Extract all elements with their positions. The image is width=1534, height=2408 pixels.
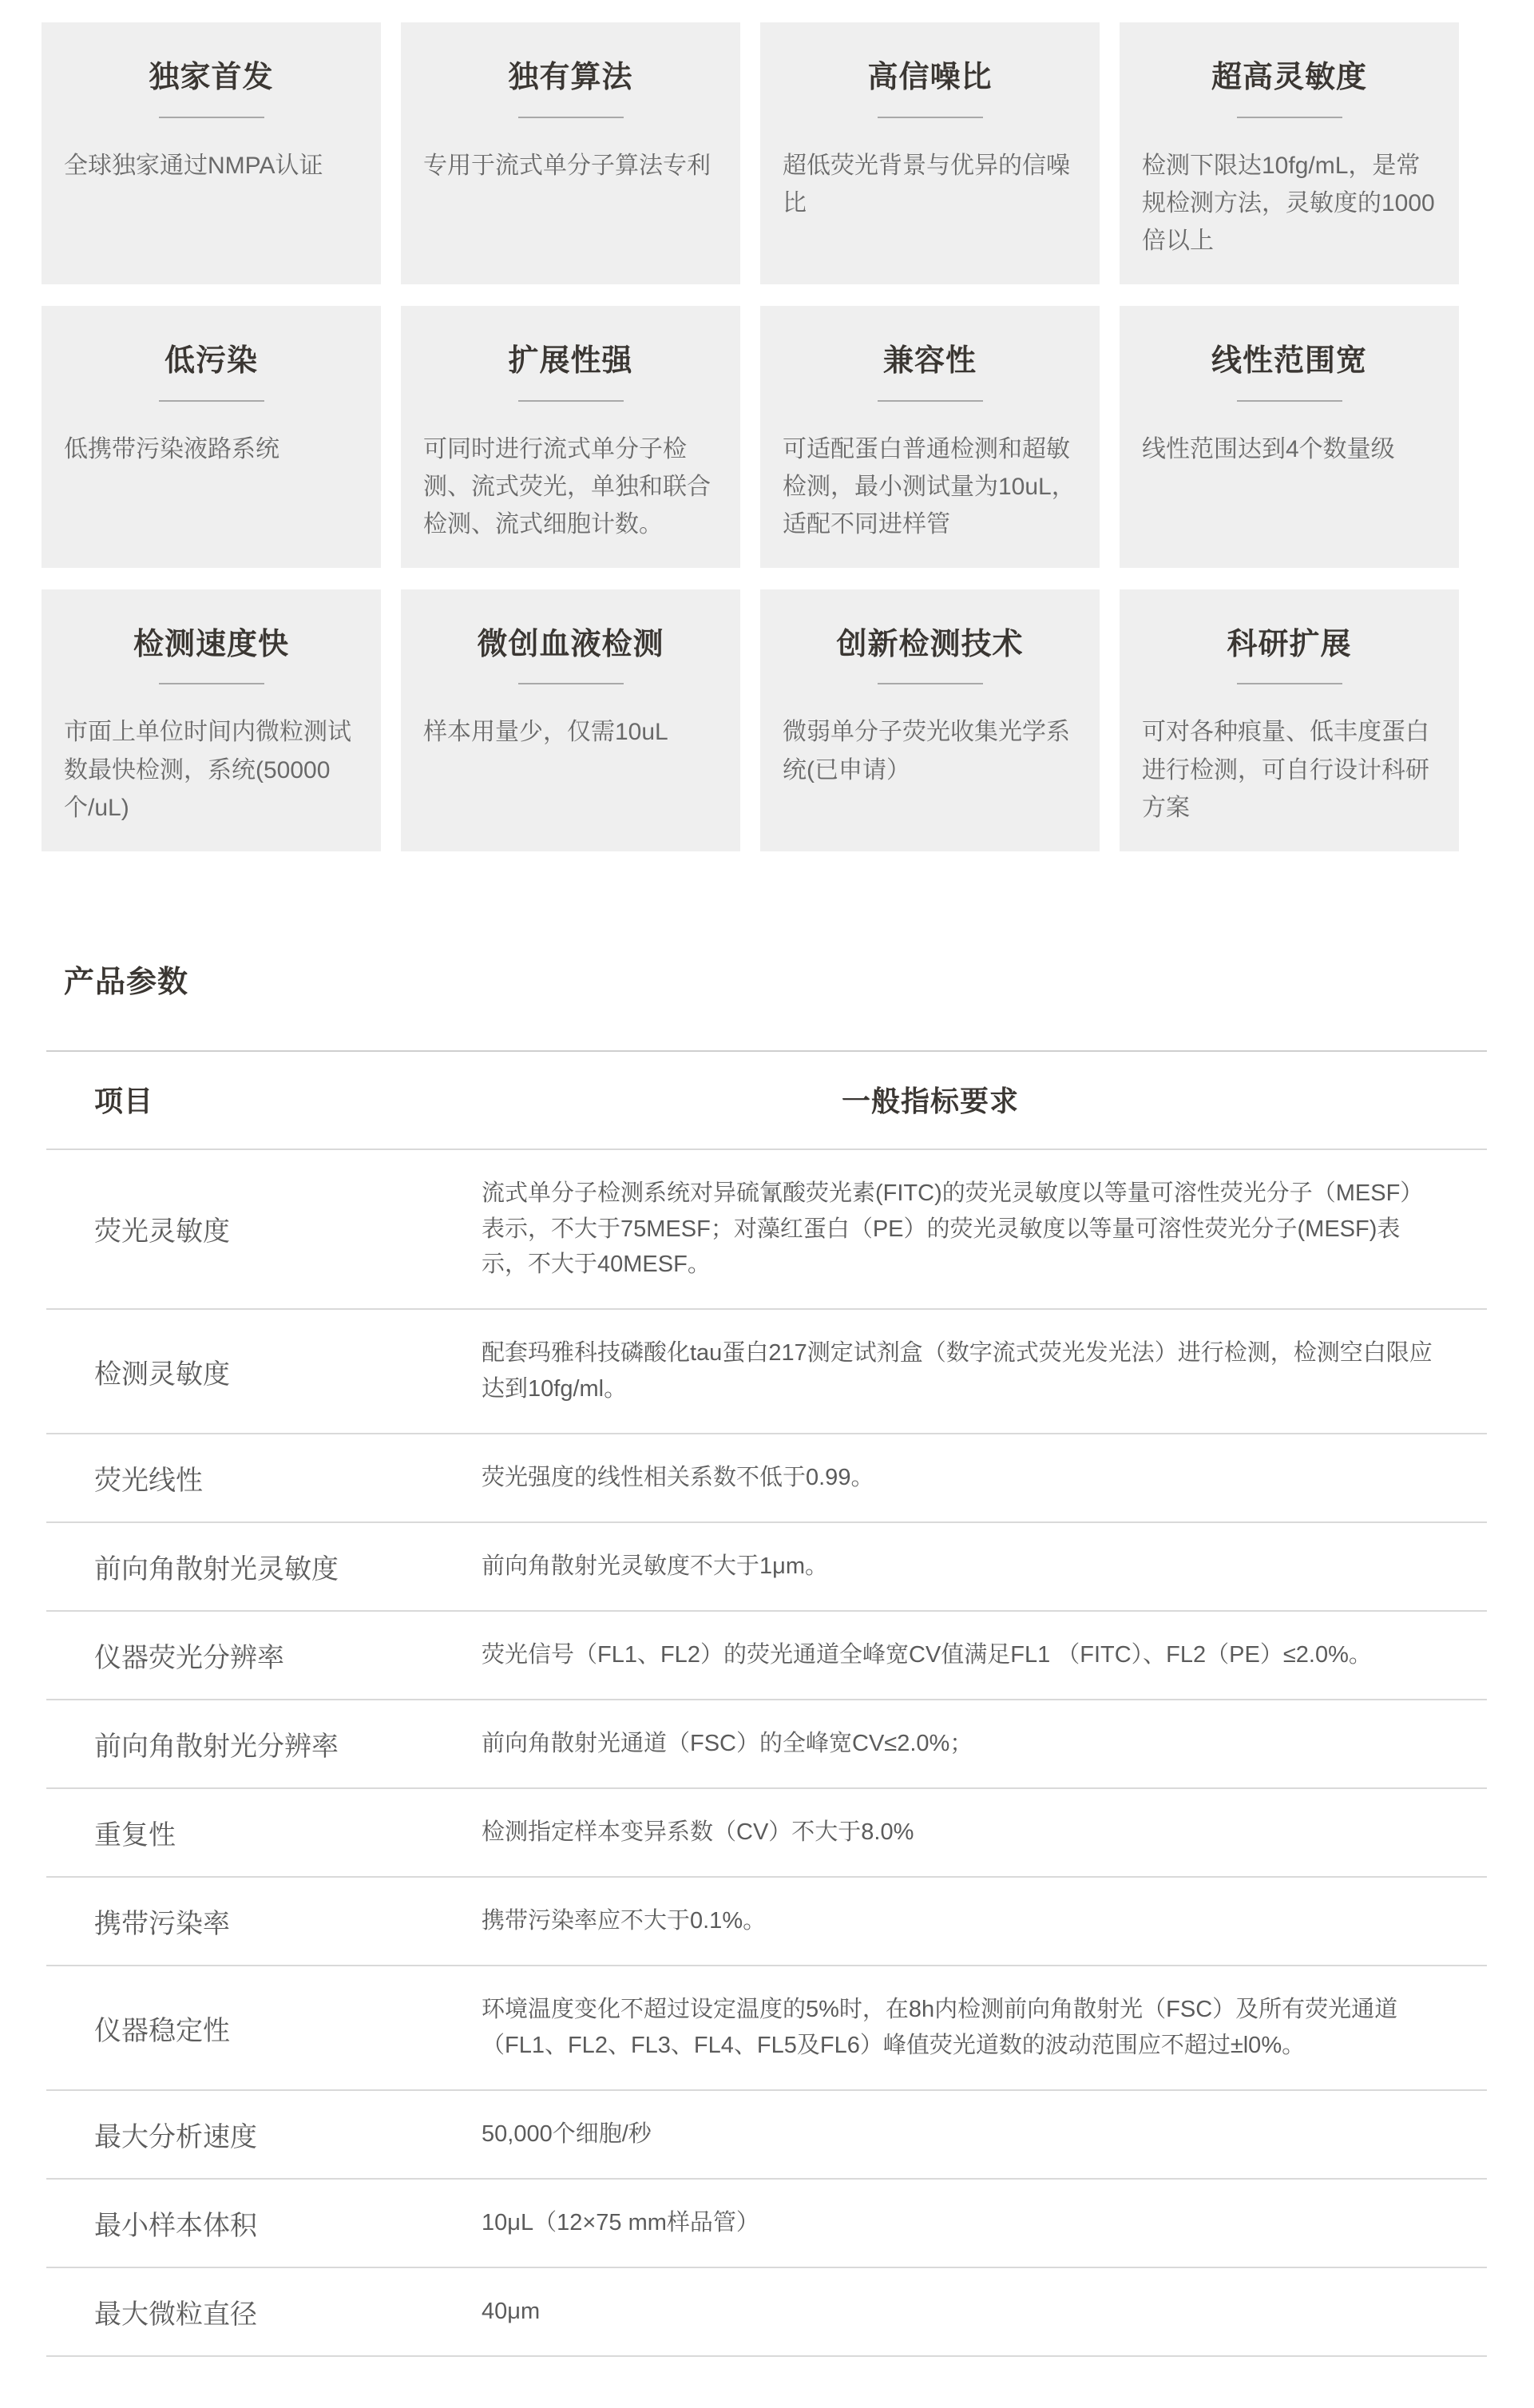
table-row: 仪器荧光分辨率 荧光信号（FL1、FL2）的荧光通道全峰宽CV值满足FL1 （F… — [46, 1611, 1487, 1700]
feature-card-description: 检测下限达10fg/mL，是常规检测方法，灵敏度的1000倍以上 — [1142, 147, 1437, 260]
parameter-value: 检测指定样本变异系数（CV）不大于8.0% — [482, 1788, 1487, 1877]
parameter-value: 50,000个细胞/秒 — [482, 2090, 1487, 2179]
parameter-value: 环境温度变化不超过设定温度的5%时，在8h内检测前向角散射光（FSC）及所有荧光… — [482, 1966, 1487, 2090]
table-header-row: 项目 一般指标要求 — [46, 1051, 1487, 1149]
parameter-name: 最大微粒直径 — [46, 2267, 482, 2356]
feature-card: 创新检测技术 微弱单分子荧光收集光学系统(已申请） — [760, 589, 1100, 851]
feature-card-title: 微创血液检测 — [423, 628, 718, 663]
feature-card-title: 兼容性 — [783, 344, 1077, 379]
feature-card-description: 全球独家通过NMPA认证 — [64, 147, 359, 184]
feature-card-title: 检测速度快 — [64, 628, 359, 663]
table-row: 仪器稳定性 环境温度变化不超过设定温度的5%时，在8h内检测前向角散射光（FSC… — [46, 1966, 1487, 2090]
parameter-value: 40μm — [482, 2267, 1487, 2356]
feature-card-description: 微弱单分子荧光收集光学系统(已申请） — [783, 713, 1077, 789]
feature-card: 微创血液检测 样本用量少，仅需10uL — [401, 589, 740, 851]
section-title: 产品参数 — [64, 957, 1534, 1001]
card-divider — [518, 117, 624, 118]
parameter-value: 流式单分子检测系统对异硫氰酸荧光素(FITC)的荧光灵敏度以等量可溶性荧光分子（… — [482, 1149, 1487, 1310]
parameter-name: 前向角散射光分辨率 — [46, 1700, 482, 1788]
card-divider — [159, 400, 264, 402]
feature-card: 兼容性 可适配蛋白普通检测和超敏检测，最小测试量为10uL，适配不同进样管 — [760, 306, 1100, 568]
table-row: 重复性 检测指定样本变异系数（CV）不大于8.0% — [46, 1788, 1487, 1877]
feature-card-description: 超低荧光背景与优异的信噪比 — [783, 147, 1077, 223]
feature-card-title: 创新检测技术 — [783, 628, 1077, 663]
table-row: 前向角散射光分辨率 前向角散射光通道（FSC）的全峰宽CV≤2.0%； — [46, 1700, 1487, 1788]
table-row: 最小样本体积 10μL（12×75 mm样品管） — [46, 2179, 1487, 2267]
features-grid: 独家首发 全球独家通过NMPA认证 独有算法 专用于流式单分子算法专利 高信噪比… — [42, 22, 1459, 851]
parameter-name: 仪器荧光分辨率 — [46, 1611, 482, 1700]
column-header-requirement: 一般指标要求 — [482, 1051, 1487, 1149]
feature-card-description: 可对各种痕量、低丰度蛋白进行检测，可自行设计科研方案 — [1142, 713, 1437, 827]
feature-card-title: 独有算法 — [423, 61, 718, 96]
card-divider — [518, 400, 624, 402]
card-divider — [518, 683, 624, 684]
product-parameters-section: 产品参数 项目 一般指标要求 荧光灵敏度 流式单分子检测系统对异硫氰酸荧光素(F… — [0, 957, 1534, 2358]
feature-card: 检测速度快 市面上单位时间内微粒测试数最快检测，系统(50000个/uL) — [42, 589, 381, 851]
parameter-value: 前向角散射光通道（FSC）的全峰宽CV≤2.0%； — [482, 1700, 1487, 1788]
feature-card: 超高灵敏度 检测下限达10fg/mL，是常规检测方法，灵敏度的1000倍以上 — [1120, 22, 1459, 284]
feature-card: 高信噪比 超低荧光背景与优异的信噪比 — [760, 22, 1100, 284]
feature-card: 科研扩展 可对各种痕量、低丰度蛋白进行检测，可自行设计科研方案 — [1120, 589, 1459, 851]
parameter-value: 携带污染率应不大于0.1%。 — [482, 1877, 1487, 1966]
feature-card-title: 高信噪比 — [783, 61, 1077, 96]
card-divider — [159, 683, 264, 684]
parameter-name: 荧光灵敏度 — [46, 1149, 482, 1310]
parameters-table: 项目 一般指标要求 荧光灵敏度 流式单分子检测系统对异硫氰酸荧光素(FITC)的… — [46, 1050, 1487, 2358]
parameter-name: 荧光线性 — [46, 1434, 482, 1522]
parameter-name: 重复性 — [46, 1788, 482, 1877]
parameter-value: 荧光信号（FL1、FL2）的荧光通道全峰宽CV值满足FL1 （FITC）、FL2… — [482, 1611, 1487, 1700]
card-divider — [159, 117, 264, 118]
feature-card: 线性范围宽 线性范围达到4个数量级 — [1120, 306, 1459, 568]
parameter-name: 携带污染率 — [46, 1877, 482, 1966]
card-divider — [1237, 683, 1342, 684]
parameter-name: 前向角散射光灵敏度 — [46, 1522, 482, 1611]
feature-card-description: 市面上单位时间内微粒测试数最快检测，系统(50000个/uL) — [64, 713, 359, 827]
parameter-value: 10μL（12×75 mm样品管） — [482, 2179, 1487, 2267]
parameter-name: 仪器稳定性 — [46, 1966, 482, 2090]
table-row: 荧光灵敏度 流式单分子检测系统对异硫氰酸荧光素(FITC)的荧光灵敏度以等量可溶… — [46, 1149, 1487, 1310]
feature-card-title: 科研扩展 — [1142, 628, 1437, 663]
feature-card-title: 超高灵敏度 — [1142, 61, 1437, 96]
feature-card-title: 线性范围宽 — [1142, 344, 1437, 379]
table-row: 荧光线性 荧光强度的线性相关系数不低于0.99。 — [46, 1434, 1487, 1522]
feature-card: 扩展性强 可同时进行流式单分子检测、流式荧光，单独和联合检测、流式细胞计数。 — [401, 306, 740, 568]
feature-card-description: 低携带污染液路系统 — [64, 430, 359, 468]
card-divider — [878, 117, 983, 118]
feature-card: 独有算法 专用于流式单分子算法专利 — [401, 22, 740, 284]
card-divider — [878, 683, 983, 684]
parameter-name: 最小样本体积 — [46, 2179, 482, 2267]
table-row: 最大分析速度 50,000个细胞/秒 — [46, 2090, 1487, 2179]
table-row: 携带污染率 携带污染率应不大于0.1%。 — [46, 1877, 1487, 1966]
column-header-item: 项目 — [46, 1051, 482, 1149]
feature-card-title: 扩展性强 — [423, 344, 718, 379]
parameter-value: 配套玛雅科技磷酸化tau蛋白217测定试剂盒（数字流式荧光发光法）进行检测，检测… — [482, 1309, 1487, 1434]
feature-card-description: 专用于流式单分子算法专利 — [423, 147, 718, 184]
table-row: 最大微粒直径 40μm — [46, 2267, 1487, 2356]
feature-card-description: 可同时进行流式单分子检测、流式荧光，单独和联合检测、流式细胞计数。 — [423, 430, 718, 544]
parameter-value: 荧光强度的线性相关系数不低于0.99。 — [482, 1434, 1487, 1522]
feature-card-description: 样本用量少，仅需10uL — [423, 713, 718, 751]
table-row: 前向角散射光灵敏度 前向角散射光灵敏度不大于1μm。 — [46, 1522, 1487, 1611]
feature-card: 低污染 低携带污染液路系统 — [42, 306, 381, 568]
parameter-name: 检测灵敏度 — [46, 1309, 482, 1434]
feature-card: 独家首发 全球独家通过NMPA认证 — [42, 22, 381, 284]
card-divider — [1237, 117, 1342, 118]
card-divider — [878, 400, 983, 402]
feature-card-title: 低污染 — [64, 344, 359, 379]
table-row: 检测灵敏度 配套玛雅科技磷酸化tau蛋白217测定试剂盒（数字流式荧光发光法）进… — [46, 1309, 1487, 1434]
feature-card-description: 线性范围达到4个数量级 — [1142, 430, 1437, 468]
parameter-name: 最大分析速度 — [46, 2090, 482, 2179]
card-divider — [1237, 400, 1342, 402]
feature-card-title: 独家首发 — [64, 61, 359, 96]
feature-card-description: 可适配蛋白普通检测和超敏检测，最小测试量为10uL，适配不同进样管 — [783, 430, 1077, 544]
parameter-value: 前向角散射光灵敏度不大于1μm。 — [482, 1522, 1487, 1611]
